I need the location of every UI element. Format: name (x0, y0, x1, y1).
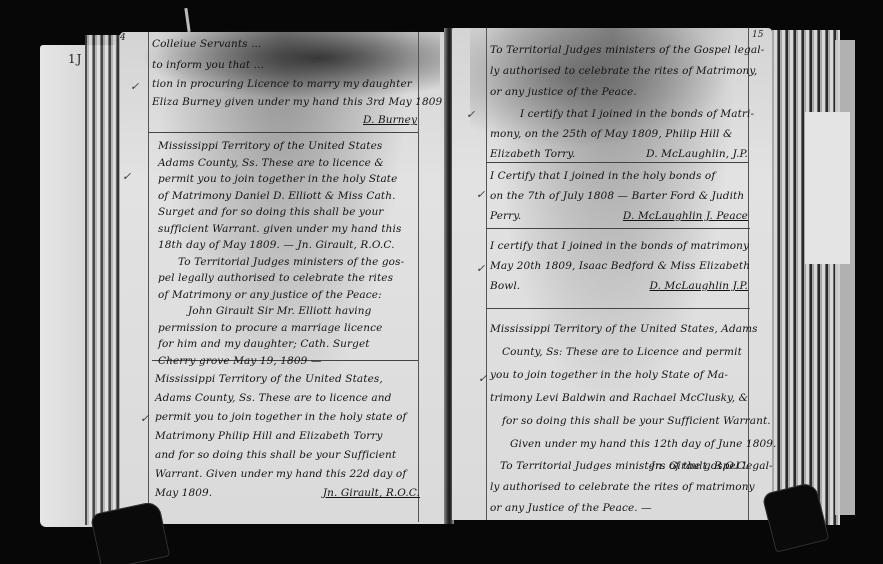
entry-baldwin-mcclusky-licence: Mississippi Territory of the United Stat… (490, 318, 748, 476)
entry-line: I certify that I joined in the bonds of … (490, 236, 748, 256)
entry-line: permit you to join together in the holy … (155, 408, 420, 427)
entry-line: To Territorial Judges ministers of the G… (490, 40, 748, 61)
entry-line: and for so doing this shall be your Suff… (155, 446, 420, 465)
entry-line: To Territorial Judges ministers of the g… (490, 456, 748, 477)
paper-slip (805, 112, 850, 264)
entry-line: Surget and for so doing this shall be yo… (158, 204, 420, 221)
scanned-book-spread: 1J 4 ✓ ✓ ✓ Colleiue Servants ... to info… (0, 0, 883, 564)
entry-officiant-address: To Territorial Judges ministers of the G… (490, 40, 748, 103)
entry-line: Matrimony Philip Hill and Elizabeth Torr… (155, 427, 420, 446)
entry-line: Mississippi Territory of the United Stat… (490, 318, 748, 341)
entry-text: Bowl. (490, 280, 520, 292)
entry-line: or any justice of the Peace. (490, 82, 748, 103)
entry-line: pel legally authorised to celebrate the … (158, 270, 420, 287)
entry-divider (486, 228, 750, 229)
entry-line: of Matrimony or any justice of the Peace… (158, 287, 420, 304)
entry-divider (486, 308, 750, 309)
pin-mark (184, 8, 190, 32)
entry-line: Colleiue Servants ... (152, 34, 417, 55)
folio-mark: 1J (68, 52, 82, 66)
checkmark-icon: ✓ (122, 170, 131, 183)
entry-line: To Territorial Judges ministers of the g… (158, 254, 420, 271)
entry-burney-consent: Colleiue Servants ... to inform you that… (152, 34, 417, 129)
entry-line: Mississippi Territory of the United Stat… (158, 138, 420, 155)
entry-ford-perry-certificate: I Certify that I joined in the holy bond… (490, 166, 748, 226)
entry-line: Given under my hand this 12th day of Jun… (490, 433, 748, 456)
entry-line: or any Justice of the Peace. — (490, 498, 748, 519)
entry-line: Cherry grove May 19, 1809 — (158, 353, 420, 370)
entry-line: Elizabeth Torry. D. McLaughlin, J.P. (490, 144, 748, 164)
entry-line: to inform you that ... (152, 55, 417, 75)
entry-line: John Girault Sir Mr. Elliott having (158, 303, 420, 320)
entry-line: Eliza Burney given under my hand this 3r… (152, 93, 417, 111)
entry-line: Adams County, Ss. These are to licence a… (155, 389, 420, 408)
entry-officiant-address-2: To Territorial Judges ministers of the g… (490, 456, 748, 519)
entry-hill-torry-certificate: I certify that I joined in the bonds of … (490, 104, 748, 164)
signature: D. Burney (152, 111, 417, 129)
entry-elliott-surget-licence: Mississippi Territory of the United Stat… (158, 138, 420, 369)
entry-line: I certify that I joined in the bonds of … (490, 104, 748, 124)
entry-line: permit you to join together in the holy … (158, 171, 420, 188)
checkmark-icon: ✓ (478, 372, 487, 385)
left-margin-rule (148, 32, 149, 522)
left-page-stack (85, 35, 125, 525)
checkmark-icon: ✓ (476, 262, 485, 275)
entry-line: Adams County, Ss. These are to licence & (158, 155, 420, 172)
entry-line: ly authorised to celebrate the rites of … (490, 477, 748, 498)
entry-bedford-bowl-certificate: I certify that I joined in the bonds of … (490, 236, 748, 296)
entry-line: on the 7th of July 1808 — Barter Ford & … (490, 186, 748, 206)
entry-line: Mississippi Territory of the United Stat… (155, 370, 420, 389)
left-corner-mark: 4 (120, 33, 148, 47)
entry-date: May 1809. (155, 487, 212, 499)
entry-line: permission to procure a marriage licence (158, 320, 420, 337)
entry-line: trimony Levi Baldwin and Rachael McClusk… (490, 387, 748, 410)
checkmark-icon: ✓ (130, 80, 139, 93)
right-margin-rule (486, 28, 487, 520)
entry-hill-torry-licence: Mississippi Territory of the United Stat… (155, 370, 420, 503)
entry-line: Warrant. Given under my hand this 22d da… (155, 465, 420, 484)
entry-line: I Certify that I joined in the holy bond… (490, 166, 748, 186)
signature: D. McLaughlin J. Peace (623, 206, 748, 226)
entry-text: Perry. (490, 210, 521, 222)
right-page-stack (770, 30, 840, 525)
entry-line: Bowl. D. McLaughlin J.P. (490, 276, 748, 296)
signature: D. McLaughlin J.P. (650, 276, 748, 296)
entry-line: tion in procuring Licence to marry my da… (152, 75, 417, 93)
entry-line: 18th day of May 1809. — Jn. Girault, R.O… (158, 237, 420, 254)
checkmark-icon: ✓ (466, 108, 475, 121)
entry-line: of Matrimony Daniel D. Elliott & Miss Ca… (158, 188, 420, 205)
entry-line: ly authorised to celebrate the rites of … (490, 61, 748, 82)
entry-line: mony, on the 25th of May 1809, Philip Hi… (490, 124, 748, 144)
entry-line: for so doing this shall be your Sufficie… (490, 410, 748, 433)
signature: D. McLaughlin, J.P. (646, 144, 748, 164)
checkmark-icon: ✓ (140, 412, 149, 425)
entry-line: Perry. D. McLaughlin J. Peace (490, 206, 748, 226)
entry-line: County, Ss: These are to Licence and per… (490, 341, 748, 364)
entry-line: for him and my daughter; Cath. Surget (158, 336, 420, 353)
entry-text: Elizabeth Torry. (490, 148, 575, 160)
entry-line: sufficient Warrant. given under my hand … (158, 221, 420, 238)
signature: Jn. Girault, R.O.C. (323, 484, 420, 503)
entry-line: you to join together in the holy State o… (490, 364, 748, 387)
entry-divider (148, 132, 418, 133)
entry-line: May 1809. Jn. Girault, R.O.C. (155, 484, 420, 503)
entry-line: May 20th 1809, Isaac Bedford & Miss Eliz… (490, 256, 748, 276)
right-corner-mark: 15 (752, 30, 780, 44)
checkmark-icon: ✓ (476, 188, 485, 201)
